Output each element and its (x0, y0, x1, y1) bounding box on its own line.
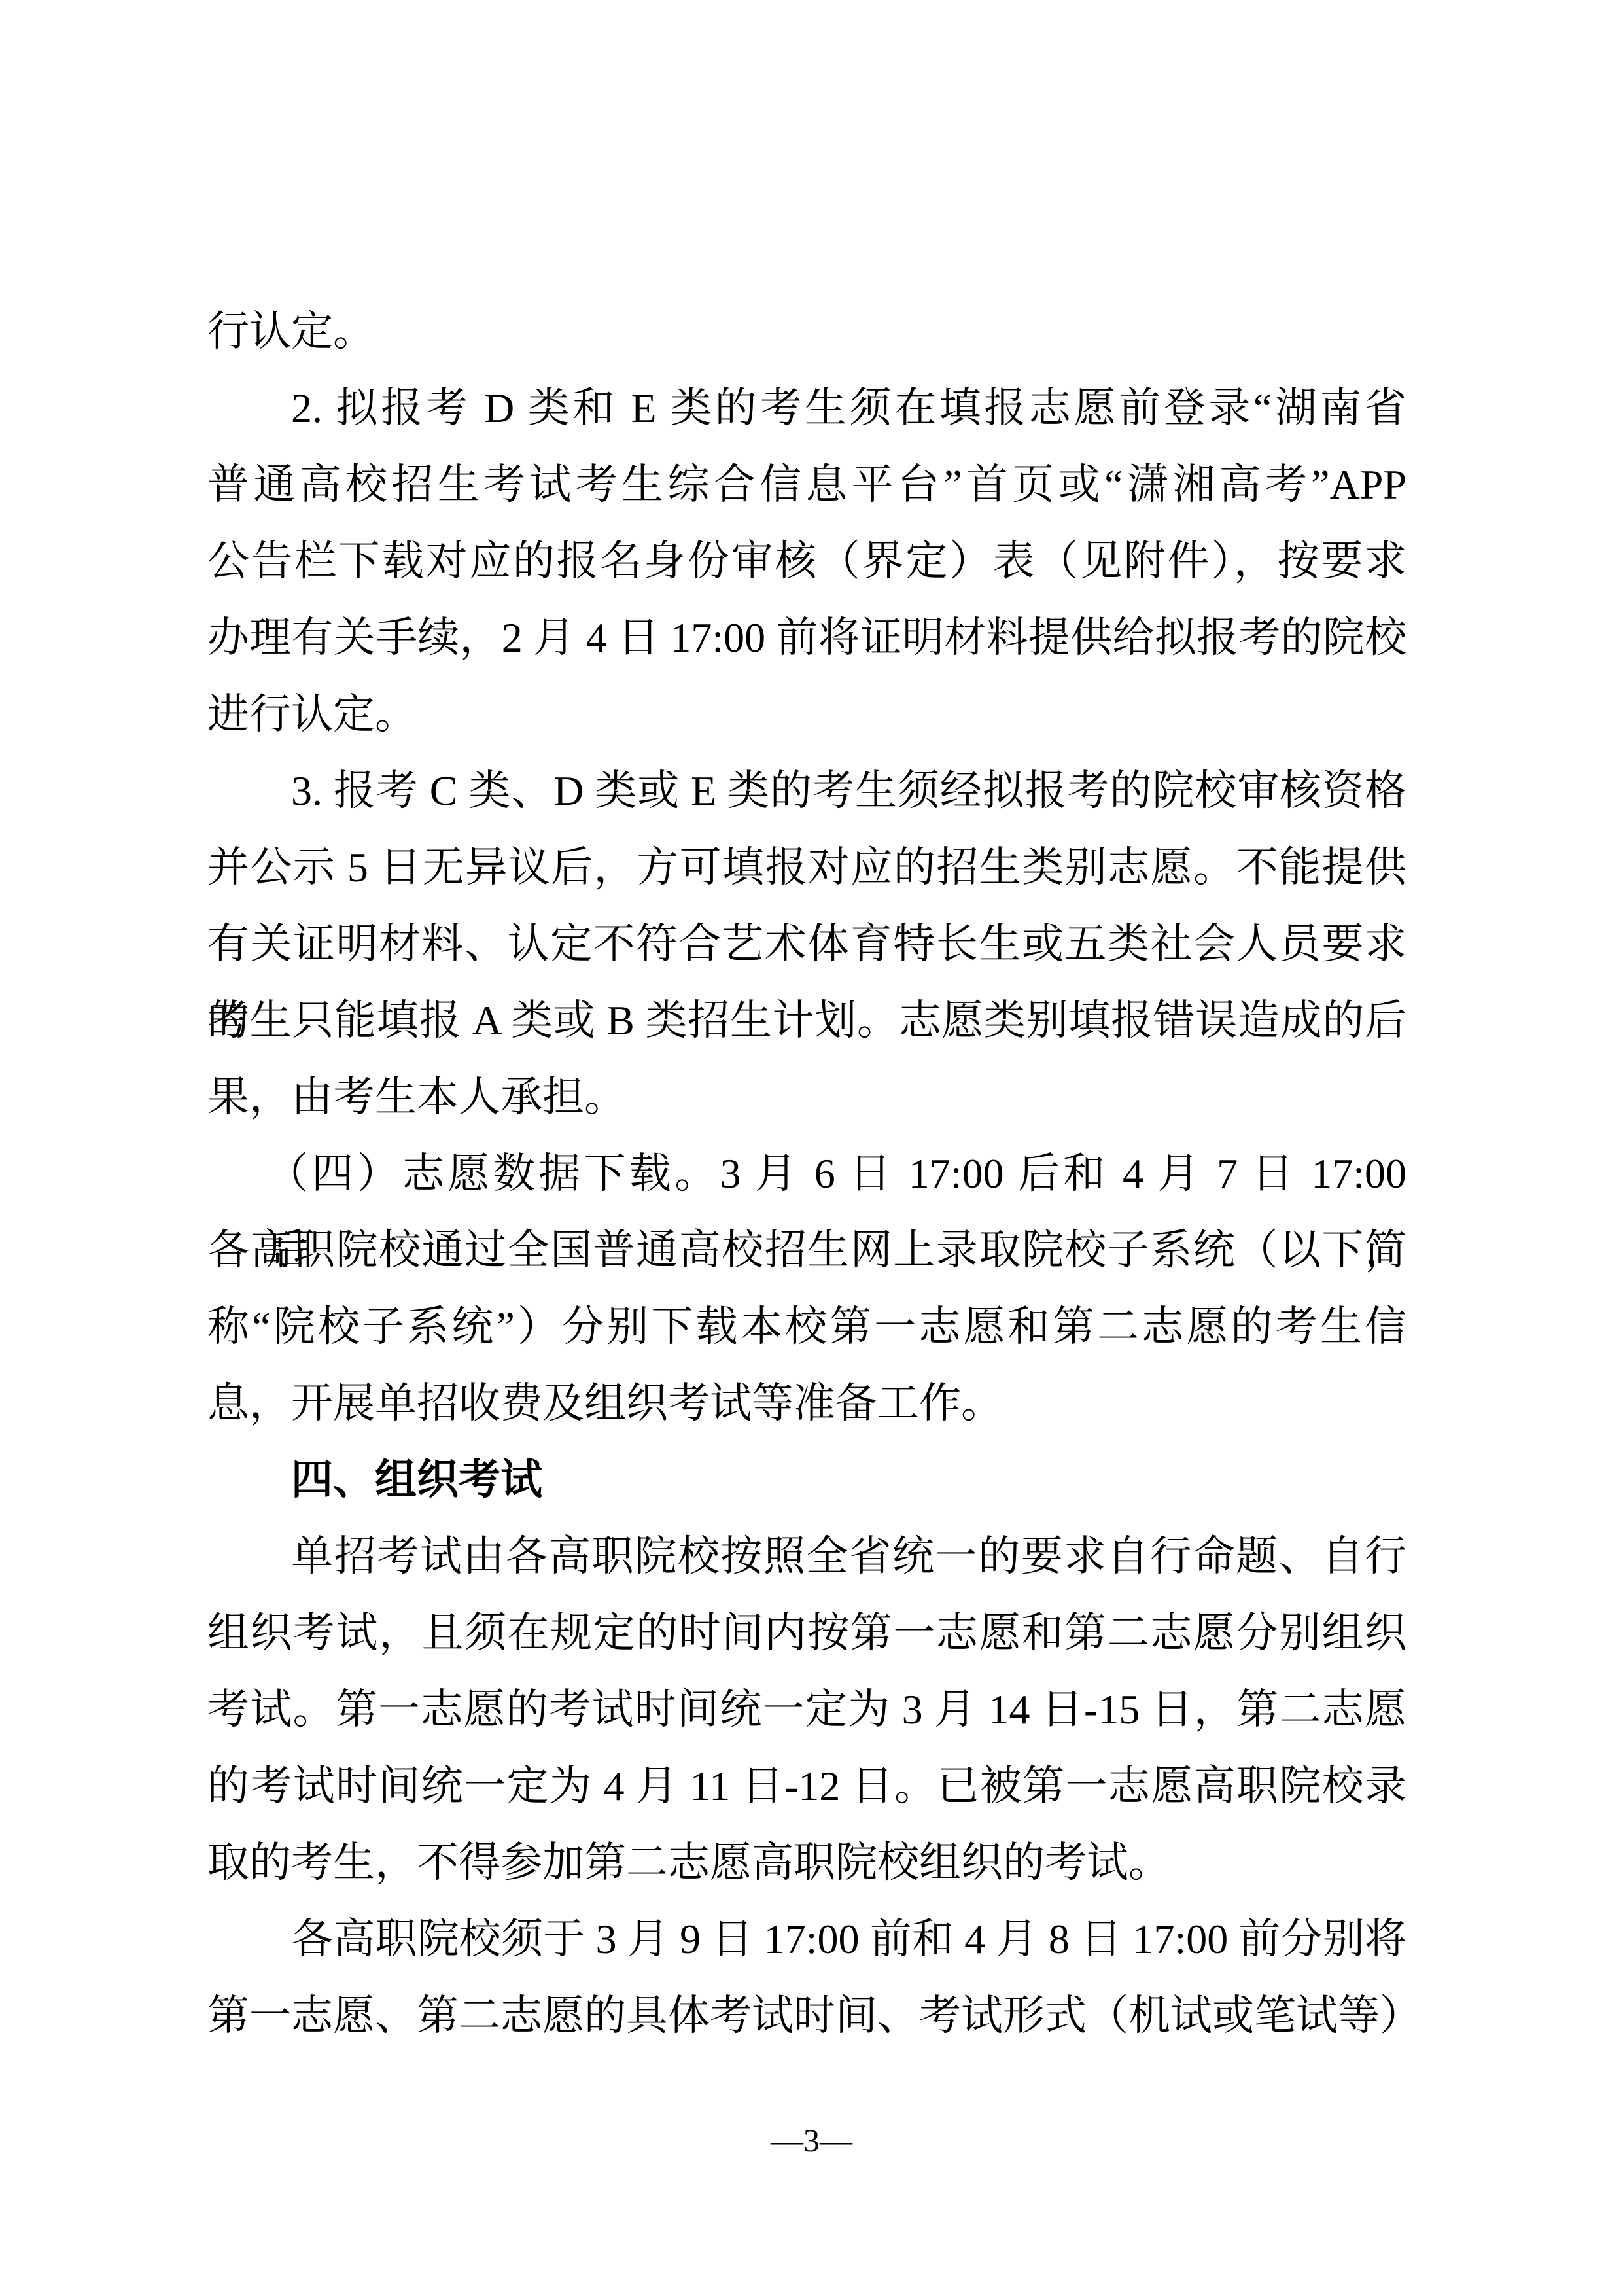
document-line: 2. 拟报考 D 类和 E 类的考生须在填报志愿前登录“湖南省 (207, 370, 1406, 446)
section-heading-organize-exam: 四、组织考试 (207, 1441, 1406, 1518)
page-footer: —3— (0, 2119, 1623, 2162)
document-line: 有关证明材料、认定不符合艺术体育特长生或五类社会人员要求的 (207, 906, 1406, 982)
document-line: 单招考试由各高职院校按照全省统一的要求自行命题、自行 (207, 1518, 1406, 1595)
document-line: 办理有关手续，2 月 4 日 17:00 前将证明材料提供给拟报考的院校 (207, 599, 1406, 676)
document-line: 公告栏下载对应的报名身份审核（界定）表（见附件），按要求 (207, 523, 1406, 599)
document-line: 第一志愿、第二志愿的具体考试时间、考试形式（机试或笔试等） (207, 1977, 1406, 2054)
document-line: 称“院校子系统”）分别下载本校第一志愿和第二志愿的考生信 (207, 1288, 1406, 1365)
document-line: 组织考试，且须在规定的时间内按第一志愿和第二志愿分别组织 (207, 1595, 1406, 1671)
document-line: 行认定。 (207, 293, 1406, 370)
document-line: 考试。第一志愿的考试时间统一定为 3 月 14 日-15 日，第二志愿 (207, 1671, 1406, 1748)
document-body: 行认定。 2. 拟报考 D 类和 E 类的考生须在填报志愿前登录“湖南省 普通高… (207, 293, 1406, 2054)
document-line: 3. 报考 C 类、D 类或 E 类的考生须经拟报考的院校审核资格 (207, 752, 1406, 829)
document-line: 息，开展单招收费及组织考试等准备工作。 (207, 1365, 1406, 1441)
page-number: —3— (771, 2122, 852, 2159)
document-line: 考生只能填报 A 类或 B 类招生计划。志愿类别填报错误造成的后 (207, 982, 1406, 1059)
document-line: 各高职院校须于 3 月 9 日 17:00 前和 4 月 8 日 17:00 前… (207, 1901, 1406, 1977)
document-line: （四）志愿数据下载。3 月 6 日 17:00 后和 4 月 7 日 17:00… (207, 1135, 1406, 1212)
document-line: 的考试时间统一定为 4 月 11 日-12 日。已被第一志愿高职院校录 (207, 1748, 1406, 1824)
document-line: 果，由考生本人承担。 (207, 1059, 1406, 1135)
document-line: 进行认定。 (207, 676, 1406, 752)
document-line: 并公示 5 日无异议后，方可填报对应的招生类别志愿。不能提供 (207, 829, 1406, 906)
document-line: 普通高校招生考试考生综合信息平台”首页或“潇湘高考”APP (207, 446, 1406, 523)
document-page: 行认定。 2. 拟报考 D 类和 E 类的考生须在填报志愿前登录“湖南省 普通高… (0, 0, 1623, 2296)
document-line: 各高职院校通过全国普通高校招生网上录取院校子系统（以下简 (207, 1212, 1406, 1288)
document-line: 取的考生，不得参加第二志愿高职院校组织的考试。 (207, 1824, 1406, 1901)
